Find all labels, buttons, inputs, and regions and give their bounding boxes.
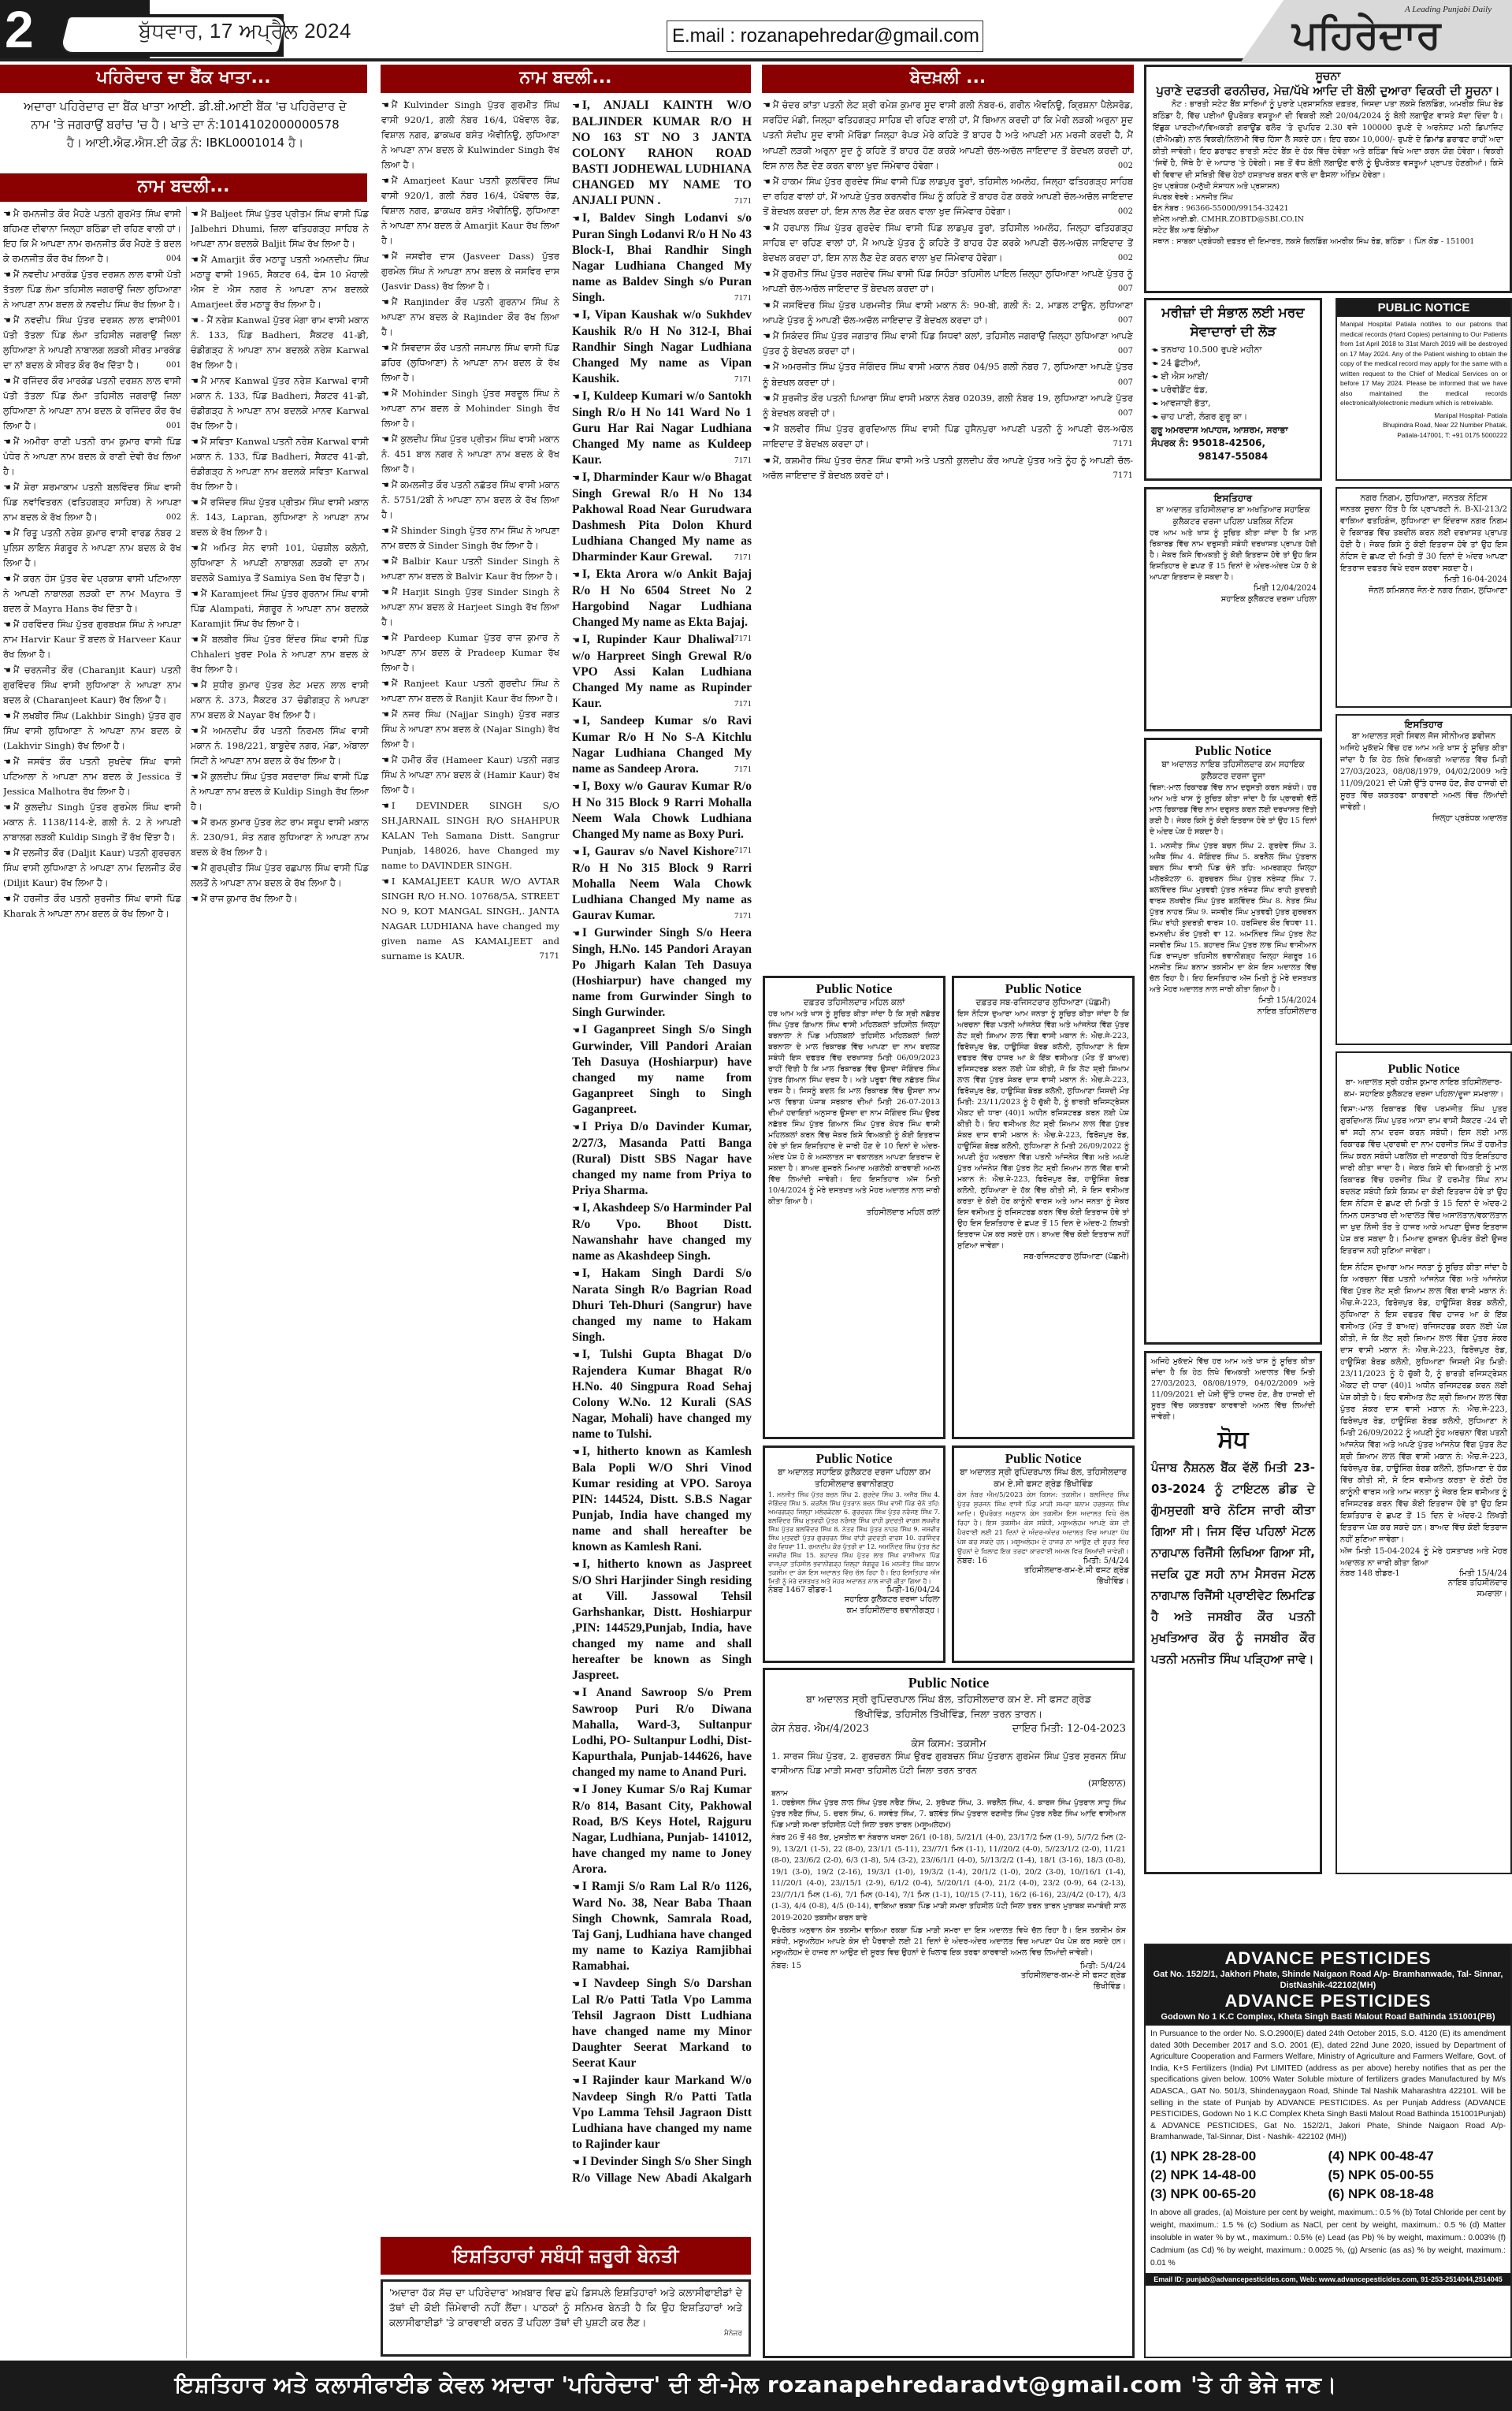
item-text: ਮੈਂ ਸਿਕੰਦਰ ਸਿੰਘ ਪੁੱਤਰ ਜਗਤਾਰ ਸਿੰਘ ਵਾਸੀ ਪਿ…	[763, 330, 1133, 356]
notice-body: ਕੇਸ ਨੰਬਰ ਐਮ/5/2023 ਕੇਸ ਕਿਸਮ: ਤਕਸੀਮ। ਬਲਜਿ…	[957, 1490, 1129, 1557]
name-change-item: ☚ਮੈਂ ਹਰਵਿੰਦਰ ਸਿੰਘ ਪੁੱਤਰ ਗੁਰਬਖਸ਼ ਸਿੰਘ ਨੇ …	[3, 617, 181, 662]
notice-body: ਹਰ ਆਮ ਅਤੇ ਖਾਸ ਨੂੰ ਸੂਚਿਤ ਕੀਤਾ ਜਾਂਦਾ ਹੈ ਕਿ…	[768, 1009, 940, 1207]
case-khasra: ਨੰਬਰ 26 ਤੋਂ 48 ਤੱਕ, ਮੁਸਤੀਲ ਵਾ ਨੰਬਰਾਨ ਖਸਰ…	[771, 1832, 1126, 1924]
pointing-hand-icon: ☚	[191, 817, 199, 828]
pointing-hand-icon: ☚	[572, 716, 580, 727]
ad-code: 004	[166, 251, 181, 266]
name-change-item: ☚ਮੈਂ Kulvinder Singh ਪੁੱਤਰ ਗੁਰਮੀਤ ਸਿੰਘ ਵ…	[381, 98, 559, 173]
pointing-hand-icon: ☚	[381, 434, 389, 445]
pointing-hand-icon: ☚	[763, 177, 771, 187]
notice-subtitle: ਬਾ ਅਦਾਲਤ ਸ੍ਰੀ ਰੁਪਿੰਦਰਪਾਲ ਸਿੰਘ ਬੱਲ, ਤਹਿਸੀ…	[957, 1467, 1129, 1490]
name-change-item: ☚ਮੈਂ ਜਸਵੰਤ ਕੌਰ ਪਤਨੀ ਸੁਖਦੇਵ ਸਿੰਘ ਵਾਸੀ ਪਟਿ…	[3, 754, 181, 799]
name-change-item-english: ☚I Gurwinder Singh S/o Heera Singh, H.No…	[572, 925, 752, 1021]
pointing-hand-icon: ☚	[191, 680, 199, 690]
name-change-item: ☚ਮੈਂ Harjit Singh ਪੁੱਤਰ Sinder Singh ਨੇ …	[381, 585, 559, 630]
notice-number: ਨੰਬਰ: 16	[957, 1557, 987, 1565]
case-closing: ਉਪਰੋਕਤ ਅਨੁਵਾਨ ਕੇਸ ਤਕਸੀਮ ਵਾਕਿਆ ਰਕਬਾ ਪਿੰਡ …	[771, 1925, 1126, 1959]
job-ad-bullets: ☚ ਤਨਖਾਹ 10.500 ਰੁਪਏ ਮਹੀਨਾ☚ 24 ਛੁੱਟੀਆਂ,☚ …	[1151, 343, 1315, 423]
disinheritance-item: ☚ਮੈਂ ਸੁਰਜੀਤ ਕੌਰ ਪਤਨੀ ਪਿਆਰਾ ਸਿੰਘ ਵਾਸੀ ਮਕਾ…	[763, 391, 1133, 421]
item-text: ਮੈਂ ਗੁਰਮੀਤ ਸਿੰਘ ਪੁੱਤਰ ਜਗਦੇਵ ਸਿੰਘ ਵਾਸੀ ਪਿ…	[763, 268, 1133, 294]
ad-code: 002	[1118, 251, 1133, 266]
name-change-item: ☚ਮੈਂ Mohinder Singh ਪੁੱਤਰ ਸਰਦੂਲ ਸਿੰਘ ਨੇ …	[381, 386, 559, 431]
job-ad-org: ਗੁਰੂ ਅਮਰਦਾਸ ਅਪਾਹਜ, ਆਸ਼ਰਮ, ਸਰਾਭਾ	[1151, 423, 1315, 437]
pointing-hand-icon: ☚	[572, 1688, 580, 1698]
disinheritance-item: ☚ਮੈਂ ਜਸਵਿੰਦਰ ਸਿੰਘ ਪੁੱਤਰ ਪਰਮਜੀਤ ਸਿੰਘ ਵਾਸੀ…	[763, 298, 1133, 328]
item-text: ਮੈਂ Ranjinder ਕੌਰ ਪਤਨੀ ਗੁਰਨਾਮ ਸਿੰਘ ਨੇ ਆਪ…	[381, 296, 559, 337]
pointing-hand-icon: ☚	[381, 633, 389, 643]
pointing-hand-icon: ☚	[191, 376, 199, 386]
name-change-item: ☚ਮੈ ਰਮਨਜੀਤ ਕੌਰ ਮੈਹਣੇ ਪਤਨੀ ਗੁਰਮੱਤ ਸਿੰਘ ਵਾ…	[3, 206, 181, 266]
correction-box: ਅਜਿਹੇ ਮੁਕੱਦਮੇ ਵਿੱਚ ਹਰ ਆਮ ਅਤੇ ਖਾਸ ਨੂੰ ਸੂਚ…	[1144, 1351, 1322, 1874]
notice-subtitle: ਬਾ- ਅਦਾਲਤ ਸ੍ਰੀ ਹਰੀਸ਼ ਕੁਮਾਰ ਨਾਇਬ ਤਹਿਸੀਲਦਾ…	[1340, 1077, 1507, 1100]
name-change-item-english: ☚I, Rupinder Kaur Dhaliwal w/o Harpreet …	[572, 632, 752, 712]
name-change-item: ☚ਮੈਂ Baljeet ਸਿੰਘ ਪੁੱਤਰ ਪ੍ਰੀਤਮ ਸਿੰਘ ਵਾਸੀ…	[191, 206, 369, 251]
notice-number: ਨੰਬਰ 148 ਰੀਡਰ-1	[1340, 1569, 1400, 1578]
notice-title: ਇਸਤਿਹਾਰ	[1150, 493, 1317, 504]
ad-code: 7171	[734, 549, 752, 565]
pointing-hand-icon: ☚	[3, 757, 11, 767]
notice-meta: ਨੰਬਰ 148 ਰੀਡਰ-1 ਮਿਤੀ 15/4/24	[1340, 1569, 1507, 1578]
notice-body: ਨੋਟ : ਭਾਰਤੀ ਸਟੇਟ ਬੈਂਕ ਸਾਰਿਆਂ ਨੂੰ ਪੁਰਾਣੇ …	[1153, 99, 1503, 181]
item-text: ਮੈਂ ਨਵਦੀਪ ਮਾਰਕੰਡ ਪੁੱਤਰ ਦਰਸ਼ਨ ਲਾਲ ਵਾਸੀ ਪੱ…	[3, 269, 181, 310]
pointing-hand-icon: ☚	[3, 574, 11, 584]
name-change-item-english: ☚I, hitherto known as Jaspreet S/O Shri …	[572, 1557, 752, 1684]
name-change-item-english: ☚I, Boxy w/o Gaurav Kumar R/o H No 315 B…	[572, 779, 752, 843]
pointing-hand-icon: ☚	[572, 1447, 580, 1457]
pointing-hand-icon: ☚	[381, 679, 389, 689]
job-benefit-item: ☚ ਤਨਖਾਹ 10.500 ਰੁਪਏ ਮਹੀਨਾ	[1151, 343, 1315, 356]
name-change-item: ☚ਮੈਂ ਕੁਲਦੀਪ ਸਿੰਘ ਪੁੱਤਰ ਸਰਦਾਰਾ ਸਿੰਘ ਵਾਸੀ …	[191, 769, 369, 814]
job-ad-box: ਮਰੀਜ਼ਾਂ ਦੀ ਸੰਭਾਲ ਲਈ ਮਰਦ ਸੇਵਾਦਾਰਾਂ ਦੀ ਲੋੜ…	[1144, 298, 1322, 481]
notice-issued: ਅੱਜ ਮਿਤੀ 15-04-2024 ਨੂੰ ਮੇਰੇ ਹਸਤਾਖਰ ਅਤੇ …	[1340, 1546, 1507, 1569]
public-notice-4: Public Notice ਬਾ ਅਦਾਲਤ ਸ੍ਰੀ ਰੁਪਿੰਦਰਪਾਲ ਸ…	[952, 1445, 1135, 1663]
name-change-item: ☚ਮੈਂ Pardeep Kumar ਪੁੱਤਰ ਰਾਜ ਕੁਮਾਰ ਨੇ ਆਪ…	[381, 631, 559, 675]
pointing-hand-icon: ☚	[381, 480, 389, 490]
item-text: I, Baldev Singh Lodanvi s/o Puran Singh …	[572, 211, 752, 304]
item-text: - ਮੈਂ ਨਰੇਸ਼ Kanwal ਪੁੱਤਰ ਮੰਗਾ ਰਾਮ ਵਾਸੀ ਮ…	[191, 314, 369, 370]
masthead: 2 ਬੁੱਧਵਾਰ, 17 ਅਪ੍ਰੈਲ 2024 E.mail : rozan…	[0, 0, 1512, 63]
notice-title: ਸੂਚਨਾ	[1153, 70, 1503, 83]
ad-footer-contact[interactable]: Email ID: punjab@advancepesticides.com, …	[1146, 2273, 1510, 2286]
name-change-item-english: ☚I Joney Kumar S/o Raj Kumar R/o 814, Ba…	[572, 1782, 752, 1877]
pointing-hand-icon: ☚	[572, 101, 580, 111]
name-change-item-english: ☚I, Ekta Arora w/o Ankit Bajaj R/o H No …	[572, 567, 752, 631]
pointing-hand-icon: ☚	[572, 214, 580, 224]
notice-body: ਵਿਸ਼ਾ:-ਮਾਲ ਰਿਕਾਰਡ ਵਿੱਚ ਪਰਮਜੀਤ ਸਿੰਘ ਪੁਤਰ …	[1340, 1103, 1507, 1257]
pointing-hand-icon: ☚	[572, 782, 580, 792]
name-change-item: ☚ਮੈਂ ਗੁਰਪ੍ਰੀਤ ਸਿੰਘ ਪੁੱਤਰ ਰਛਪਾਲ ਸਿੰਘ ਵਾਸੀ…	[191, 861, 369, 891]
notice-sign: ਤਹਿਸੀਲਦਾਰ ਮਹਿਲ ਕਲਾਂ	[768, 1207, 940, 1219]
pointing-hand-icon: ☚	[191, 726, 199, 736]
ad-code: 002	[166, 510, 181, 525]
name-change-item-english: ☚I, Dharminder Kaur w/o Bhagat Singh Gre…	[572, 470, 752, 565]
disinheritance-list: ☚ਮੈਂ ਚੰਦਰ ਕਾਂਤਾ ਪਤਨੀ ਲੇਟ ਸ਼੍ਰੀ ਰਮੇਸ਼ ਕੁਮ…	[763, 98, 1133, 971]
pointing-hand-icon: ☚	[572, 1882, 580, 1892]
item-text: ਮੈਂ ਹਾਕਮ ਸਿੰਘ ਪੁੱਤਰ ਗੁਰਦੇਵ ਸਿੰਘ ਵਾਸੀ ਪਿੰ…	[763, 176, 1133, 217]
pointing-hand-icon: ☚	[191, 255, 199, 265]
ad-code: 7171	[734, 843, 752, 858]
name-change-item-english: ☚I Priya D/o Davinder Kumar, 2/27/3, Mas…	[572, 1119, 752, 1199]
case-parties: 1. ਸਾਰਜ ਸਿੰਘ ਪੁੱਤਰ, 2. ਗੁਰਚਰਨ ਸਿੰਘ ਉਰਫ ਗ…	[771, 1749, 1126, 1777]
item-text: I DEVINDER SINGH S/O SH.JARNAIL SINGH R/…	[381, 800, 559, 871]
pointing-hand-icon: ☚	[572, 1025, 580, 1036]
item-text: ਮੈਂ ਰਿਤੂ ਪਤਨੀ ਨਰੇਸ਼ ਕੁਮਾਰ ਵਾਸੀ ਵਾਰਡ ਨੰਬਰ…	[3, 527, 181, 568]
name-change-item: ☚ਮੈਂ ਸ਼ੇਰਾ ਸ਼ਰਮਾਕਾਮ ਪਤਨੀ ਬਲਵਿੰਦਰ ਸਿੰਘ ਵਾ…	[3, 480, 181, 525]
item-text: ਮੈਂ ਨਵਦੀਪ ਸਿੰਘ ਪੁੱਤਰ ਦਰਸ਼ਨ ਲਾਲ ਵਾਸੀ ਪੱਤੀ…	[3, 314, 181, 370]
pointing-hand-icon: ☚	[3, 848, 11, 858]
name-change-item: ☚ਮੈਂ ਕਮਲਜੀਤ ਕੌਰ ਪਤਨੀ ਨਛੱਤਰ ਸਿੰਘ ਵਾਸੀ ਮਕਾ…	[381, 478, 559, 523]
pointing-hand-icon: ☚	[3, 802, 11, 813]
name-change-item: ☚ਮੈਂ ਅਮਿਤ ਸੇਨ ਵਾਸੀ 101, ਪੰਚਸ਼ੀਲ ਕਲੋਨੀ, ਲ…	[191, 541, 369, 586]
column-divider	[186, 206, 187, 2358]
item-text: ਮੈਂ ਕਰਨ ਹੰਸ ਪੁੱਤਰ ਵੇਦ ਪ੍ਰਕਾਸ਼ ਵਾਸੀ ਪਟਿਆਲ…	[3, 573, 181, 614]
case-number: ਕੇਸ ਨੰਬਰ. ਐਮ/4/2023	[771, 1721, 869, 1737]
job-ad-contact-2[interactable]: 98147-55084	[1151, 450, 1315, 463]
notice-sign: ਜੋਨਲ ਕਮਿਸ਼ਨਰ ਜੋਨ-ਏ ਨਗਰ ਨਿਗਮ, ਲੁਧਿਆਣਾ	[1340, 586, 1507, 597]
item-text: I Gaganpreet Singh S/o Singh Gurwinder, …	[572, 1023, 752, 1116]
notice-sign-1: ਸਹਾਇਕ ਕੁਲੈਕਟਰ ਦਰਜਾ ਪਹਿਲਾ	[768, 1594, 940, 1605]
notice-sign-1: ਨਾਇਬ ਤਹਿਸੀਲਦਾਰ	[1340, 1578, 1507, 1589]
job-benefit-item: ☚ ਚਾਹ ਪਾਣੀ, ਲੰਗਰ ਗੁਰੂ ਕਾ।	[1151, 410, 1315, 423]
notice-sign: ਜ਼ਿਲ੍ਹਾ ਪ੍ਰਬੰਧਕ ਅਦਾਲਤ	[1340, 813, 1507, 824]
item-text: ਮੈਂ ਹਮੀਰ ਕੌਰ (Hameer Kaur) ਪਤਨੀ ਜਗਤ ਸਿੰਘ…	[381, 754, 559, 795]
item-text: ਮੈਂ ਰਜਿੰਦਰ ਕੌਰ ਮਾਰਕੰਡ ਪਤਨੀ ਦਰਸ਼ਨ ਲਾਲ ਵਾਸ…	[3, 375, 181, 431]
name-change-item-english: ☚I, Kuldeep Kumari w/o Santokh Singh R/o…	[572, 389, 752, 468]
notice-court: ਬਾ ਅਦਾਲਤ ਸ੍ਰੀ ਰੁਪਿੰਦਰਪਾਲ ਸਿੰਘ ਬੱਲ, ਤਹਿਸੀ…	[771, 1691, 1126, 1706]
ad-request-heading: ਇਸ਼ਤਿਹਾਰਾਂ ਸਬੰਧੀ ਜ਼ਰੂਰੀ ਬੇਨਤੀ	[381, 2237, 751, 2275]
public-notice-2: Public Notice ਦਫ਼ਤਰ ਸਬ-ਰਜਿਸਟਰਾਰ ਲੁਧਿਆਣਾ …	[952, 976, 1135, 1439]
pointing-hand-icon: ☚	[381, 343, 389, 353]
item-text: ਮੈਂ Kulvinder Singh ਪੁੱਤਰ ਗੁਰਮੀਤ ਸਿੰਘ ਵਾ…	[381, 99, 559, 170]
name-change-item: ☚ਮੈਂ ਸੁਧੀਰ ਕੁਮਾਰ ਪੁੱਤਰ ਲੇਟ ਮਦਨ ਲਾਲ ਵਾਸੀ …	[191, 678, 369, 723]
item-text: ਮੈਂ Balbir Kaur ਪਤਨੀ Sinder Singh ਨੇ ਆਪਣ…	[381, 556, 559, 582]
ad-code: 002	[1118, 204, 1133, 219]
notice-sign: ਨਾਇਬ ਤਹਿਸੀਲਦਾਰ	[1150, 1006, 1317, 1018]
pointing-hand-icon: ☚	[381, 100, 389, 110]
bank-line-2: ਨਾਮ 'ਤੇ ਜਗਰਾਉਂ ਬਰਾਂਚ 'ਚ ਹੈ। ਖਾਤੇ ਦਾ ਨੰ:1…	[0, 116, 370, 134]
item-text: ਮੈਂ ਬਲਵੀਰ ਸਿੰਘ ਪੁੱਤਰ ਗੁਰਦਿਆਲ ਸਿੰਘ ਵਾਸੀ ਪ…	[763, 423, 1133, 449]
pointing-hand-icon: ☚	[3, 209, 11, 219]
name-change-item: ☚ਮੈਂ ਲਖਬੀਰ ਸਿੰਘ (Lakhbir Singh) ਪੁੱਤਰ ਗੁ…	[3, 709, 181, 753]
notice-sign-2: ਕਮ ਤਹਿਸੀਲਦਾਰ ਭਵਾਨੀਗੜ੍ਹ।	[768, 1605, 940, 1617]
pointing-hand-icon: ☚	[3, 619, 11, 630]
job-ad-title: ਮਰੀਜ਼ਾਂ ਦੀ ਸੰਭਾਲ ਲਈ ਮਰਦ ਸੇਵਾਦਾਰਾਂ ਦੀ ਲੋੜ	[1151, 303, 1315, 341]
item-text: ਮੈਂ ਲਖਬੀਰ ਸਿੰਘ (Lakhbir Singh) ਪੁੱਤਰ ਗੁਰ…	[3, 710, 181, 751]
name-change-item: ☚ਮੈਂ ਅਮਨਦੀਪ ਕੌਰ ਪਤਨੀ ਨਿਰਮਲ ਸਿੰਘ ਵਾਸੀ ਮਕਾ…	[191, 724, 369, 768]
name-change-item-english: ☚I, Sandeep Kumar s/o Ravi Kumar R/o H N…	[572, 713, 752, 777]
pointing-hand-icon: ☚	[763, 223, 771, 233]
pointing-hand-icon: ☚	[572, 473, 580, 483]
ad-code: 7171	[734, 696, 752, 712]
pointing-hand-icon: ☚	[191, 894, 199, 904]
pointing-hand-icon: ☚	[572, 1979, 580, 1989]
npk-grade: (6) NPK 08-18-48	[1328, 2185, 1506, 2204]
notice-title: ਨਗਰ ਨਿਗਮ, ਲੁਧਿਆਣਾ, ਜਨਤਕ ਨੋਟਿਸ	[1340, 492, 1507, 504]
notice-contact: ਮੁੱਖ ਪ੍ਰਬੰਧਕ (ਮਨੁੱਖੀ ਸੰਸਾਧਨ ਅਤੇ ਪ੍ਰਸ਼ਾਸਨ…	[1153, 181, 1503, 247]
item-text: ਮੈਂ ਹਰਵਿੰਦਰ ਸਿੰਘ ਪੁੱਤਰ ਗੁਰਬਖਸ਼ ਸਿੰਘ ਨੇ ਆ…	[3, 619, 181, 660]
ad-code: 007	[1118, 375, 1133, 390]
job-benefit-item: ☚ 24 ਛੁੱਟੀਆਂ,	[1151, 356, 1315, 370]
notice-body: ਇਸ ਨੋਟਿਸ ਦੁਆਰਾ ਆਮ ਜਨਤਾ ਨੂੰ ਸੂਚਿਤ ਕੀਤਾ ਜਾ…	[957, 1009, 1129, 1252]
name-change-item-english: ☚I, Vipan Kaushak w/o Sukhdev Kaushik R/…	[572, 307, 752, 387]
pointing-hand-icon: ☚	[763, 424, 771, 434]
notice-title: ਇਸਤਿਹਾਰ	[1340, 719, 1507, 731]
item-text: ਮੈਂ Pardeep Kumar ਪੁੱਤਰ ਰਾਜ ਕੁਮਾਰ ਨੇ ਆਪਣ…	[381, 632, 559, 673]
name-change-item: ☚ਮੈਂ ਰਮਨ ਕੁਮਾਰ ਪੁੱਤਰ ਲੇਟ ਰਾਮ ਸਰੂਪ ਵਾਸੀ ਮ…	[191, 815, 369, 860]
pointing-hand-icon: ☚	[381, 297, 389, 307]
name-change-item: ☚I KAMALJEET KAUR W/O AVTAR SINGH R/O H.…	[381, 874, 559, 964]
pointing-hand-icon: ☚	[191, 589, 199, 599]
name-change-item-english: ☚I, Baldev Singh Lodanvi s/o Puran Singh…	[572, 210, 752, 306]
name-change-item: ☚ਮੈਂ Amarjeet Kaur ਪਤਨੀ ਕੁਲਵਿੰਦਰ ਸਿੰਘ ਵਾ…	[381, 173, 559, 248]
ad-code: 007	[1118, 344, 1133, 359]
name-change-heading-left: ਨਾਮ ਬਦਲੀ...	[0, 173, 367, 202]
item-text: I Gurwinder Singh S/o Heera Singh, H.No.…	[572, 926, 752, 1019]
name-change-item-english: ☚I, ANJALI KAINTH W/O BALJINDER KUMAR R/…	[572, 98, 752, 209]
pointing-hand-icon: ☚	[572, 570, 580, 580]
item-text: ਮੈਂ ਕੁਲਦੀਪ ਸਿੰਘ ਪੁੱਤਰ ਪ੍ਰੀਤਮ ਸਿੰਘ ਵਾਸੀ ਮ…	[381, 433, 559, 474]
pointing-hand-icon: ☚	[763, 100, 771, 110]
signature-line: Bhupindra Road, Near 22 Number Phatak,	[1340, 420, 1507, 430]
name-change-item-english: ☚I, Hakam Singh Dardi S/o Narata Singh R…	[572, 1266, 752, 1345]
name-change-item: ☚ਮੈਂ ਜਸਵੀਰ ਦਾਸ (Jasveer Dass) ਪੁੱਤਰ ਗੁਰਮ…	[381, 249, 559, 294]
npk-grade: (3) NPK 00-65-20	[1150, 2185, 1328, 2204]
pointing-hand-icon: ☚	[3, 437, 11, 447]
item-text: I, hitherto known as Kamlesh Bala Popli …	[572, 1445, 752, 1553]
case-applicant: (ਸਾਇਲਾਨ)	[771, 1777, 1126, 1789]
pointing-hand-icon: ☚	[381, 755, 389, 765]
item-text: ਮੈਂ Amarjeet Kaur ਪਤਨੀ ਕੁਲਵਿੰਦਰ ਸਿੰਘ ਵਾਸ…	[381, 175, 559, 246]
notice-subtitle: ਬਾ ਅਦਾਲਤ ਨਾਇਬ ਤਹਿਸੀਲਦਾਰ ਕਮ ਸਹਾਇਕ ਕੁਲੈਕਟਰ…	[1150, 759, 1317, 783]
masthead-email[interactable]: E.mail : rozanapehredar@gmail.com	[667, 20, 983, 52]
item-text: ਮੈਂ ਕੁਲਦੀਪ Singh ਪੁੱਤਰ ਗੁਰਮੇਲ ਸਿੰਘ ਵਾਸੀ …	[3, 802, 181, 843]
correction-title: ਸੋਧ	[1151, 1423, 1315, 1457]
bank-account-info: ਅਦਾਰਾ ਪਹਿਰੇਦਾਰ ਦਾ ਬੈਂਕ ਖਾਤਾ ਆਈ. ਡੀ.ਬੀ.ਆਈ…	[0, 98, 370, 152]
pointing-hand-icon: ☚	[381, 876, 389, 887]
item-text: ਮੈਂ ਚਰਨਜੀਤ ਕੌਰ (Charanjit Kaur) ਪਤਨੀ ਗੁਰ…	[3, 664, 181, 705]
notice-heading: PUBLIC NOTICE	[1337, 300, 1510, 317]
name-change-item: ☚ਮੈਂ ਅਮੀਰਾ ਰਾਣੀ ਪਤਨੀ ਰਾਮ ਕੁਮਾਰ ਵਾਸੀ ਪਿੰਡ…	[3, 434, 181, 479]
notice-date: ਮਿਤੀ: 5/4/24	[1080, 1962, 1126, 1970]
bank-line-3: ਹੈ। ਆਈ.ਐਫ.ਐਸ.ਈ ਕੋਡ ਨੰ: IBKL0001014 ਹੈ।	[0, 134, 370, 152]
name-change-item: ☚ਮੈਂ ਕਰਨ ਹੰਸ ਪੁੱਤਰ ਵੇਦ ਪ੍ਰਕਾਸ਼ ਵਾਸੀ ਪਟਿਆ…	[3, 571, 181, 616]
name-change-item: ☚ਮੈਂ ਨਵਦੀਪ ਸਿੰਘ ਪੁੱਤਰ ਦਰਸ਼ਨ ਲਾਲ ਵਾਸੀ ਪੱਤ…	[3, 313, 181, 373]
item-text: ਮੈਂ ਬਲਬੀਰ ਸਿੰਘ ਪੁੱਤਰ ਇੰਦਰ ਸਿੰਘ ਵਾਸੀ ਪਿੰਡ…	[191, 634, 369, 675]
name-change-item: ☚ਮੈਂ ਦਲਜੀਤ ਕੌਰ (Daljit Kaur) ਪਤਨੀ ਗੁਰਚਰਨ…	[3, 846, 181, 891]
correction-prelude: ਅਜਿਹੇ ਮੁਕੱਦਮੇ ਵਿੱਚ ਹਰ ਆਮ ਅਤੇ ਖਾਸ ਨੂੰ ਸੂਚ…	[1151, 1356, 1315, 1423]
notice-subtitle: ਬਾ ਅਦਾਲਤ ਤਹਿਸੀਲਦਾਰ ਬਾ ਅਖਤਿਆਰ ਸਹਾਇਕ ਕੁਲੈਕ…	[1150, 504, 1317, 528]
item-text: I, Gaurav s/o Navel Kishore R/o H No 315…	[572, 845, 752, 922]
pointing-hand-icon: ☚	[191, 543, 199, 553]
ad-request-sign: ਮੈਨੇਜਰ	[389, 2330, 742, 2338]
npk-grade: (4) NPK 00-48-47	[1328, 2147, 1506, 2166]
contact-line: ਸਟੇਟ ਬੈਂਕ ਆਫ ਇੰਡੀਆ	[1153, 225, 1503, 236]
masthead-rule	[0, 58, 1292, 61]
notice-date: ਮਿਤੀ 16-04-2024	[1340, 575, 1507, 586]
name-change-item: ☚ਮੈਂ ਹਮੀਰ ਕੌਰ (Hameer Kaur) ਪਤਨੀ ਜਗਤ ਸਿੰ…	[381, 753, 559, 798]
notice-title: Public Notice	[771, 1675, 1126, 1691]
notice-title: Public Notice	[957, 981, 1129, 997]
item-text: ਮੈਂ Harjit Singh ਪੁੱਤਰ Sinder Singh ਨੇ ਆ…	[381, 586, 559, 627]
notice-body-continued: 1. ਮਨਜੀਤ ਸਿੰਘ ਪੁੱਤਰ ਬਚਨ ਸਿੰਘ 2. ਗੁਰਦੇਵ ਸ…	[1150, 841, 1317, 995]
name-change-item-english: ☚I, Tulshi Gupta Bhagat D/o Rajendera Ku…	[572, 1347, 752, 1442]
ad-code: 7171	[734, 290, 752, 306]
name-change-item: ☚ਮੈਂ ਨਵਦੀਪ ਮਾਰਕੰਡ ਪੁੱਤਰ ਦਰਸ਼ਨ ਲਾਲ ਵਾਸੀ ਪ…	[3, 267, 181, 312]
item-text: I, Dharminder Kaur w/o Bhagat Singh Grew…	[572, 471, 752, 564]
name-change-item-english: ☚I Navdeep Singh S/o Darshan Lal R/o Pat…	[572, 1976, 752, 2071]
notice-title: Public Notice	[957, 1451, 1129, 1467]
item-text: ਮੈਂ ਸ਼ੇਰਾ ਸ਼ਰਮਾਕਾਮ ਪਤਨੀ ਬਲਵਿੰਦਰ ਸਿੰਘ ਵਾਸ…	[3, 482, 181, 523]
item-text: ਮੈਂ ਅਮੀਰਾ ਰਾਣੀ ਪਤਨੀ ਰਾਮ ਕੁਮਾਰ ਵਾਸੀ ਪਿੰਡ …	[3, 436, 181, 477]
notice-date: ਮਿਤੀ: 5/4/24	[1083, 1557, 1129, 1565]
name-change-item: ☚ਮੈਂ Balbir Kaur ਪਤਨੀ Sinder Singh ਨੇ ਆਪ…	[381, 554, 559, 584]
notice-subtitle: ਪੁਰਾਣੇ ਦਫਤਰੀ ਫਰਨੀਚਰ, ਮੇਜ਼/ਪੱਖੇ ਆਦਿ ਦੀ ਬੋ…	[1153, 83, 1503, 99]
name-change-item-english: ☚I Rajinder kaur Markand W/o Navdeep Sin…	[572, 2073, 752, 2152]
filed-date: ਦਾਇਰ ਮਿਤੀ: 12-04-2023	[1012, 1721, 1126, 1737]
item-text: ਮੈਂ ਜਸਵਿੰਦਰ ਸਿੰਘ ਪੁੱਤਰ ਪਰਮਜੀਤ ਸਿੰਘ ਵਾਸੀ …	[763, 300, 1133, 326]
item-text: I, ANJALI KAINTH W/O BALJINDER KUMAR R/O…	[572, 99, 752, 207]
item-text: ਮੈਂ ਮਾਨਵ Kanwal ਪੁੱਤਰ ਨਰੇਸ਼ Karwal ਵਾਸੀ …	[191, 375, 369, 431]
item-text: ਮੈਂ ਰਾਜ ਕੁਮਾਰ ਰੱਖ ਲਿਆ ਹੈ।	[201, 893, 298, 904]
case-versus: ਬਨਾਮ	[771, 1789, 1126, 1798]
name-change-item: ☚ਮੈਂ ਮਾਨਵ Kanwal ਪੁੱਤਰ ਨਰੇਸ਼ Karwal ਵਾਸੀ…	[191, 374, 369, 433]
pointing-hand-icon: ☚	[3, 894, 11, 904]
ad-code: 7171	[734, 371, 752, 387]
ad-code: 7171	[734, 193, 752, 209]
notice-subtitle: ਦਫ਼ਤਰ ਤਹਿਸੀਲਦਾਰ ਮਹਿਲ ਕਲਾਂ	[768, 997, 940, 1009]
item-text: I, Boxy w/o Gaurav Kumar R/o H No 315 Bl…	[572, 779, 752, 841]
ad-code: 001	[166, 312, 181, 327]
notice-body: ਵਿਸ਼ਾ:-ਮਾਲ ਰਿਕਾਰਡ ਵਿੱਚ ਨਾਮ ਦਰੁਸਤੀ ਕਰਨ ਸਬ…	[1150, 783, 1317, 838]
ad-specs: In above all grades, (a) Moisture per ce…	[1146, 2204, 1510, 2273]
item-text: ਮੈਂ, ਕਸ਼ਮੀਰ ਸਿੰਘ ਪੁੱਤਰ ਚੰਨਣ ਸਿੰਘ ਵਾਸੀ ਅਤ…	[763, 455, 1133, 481]
name-change-heading-middle: ਨਾਮ ਬਦਲੀ...	[381, 65, 751, 93]
name-change-item: ☚- ਮੈਂ ਨਰੇਸ਼ Kanwal ਪੁੱਤਰ ਮੰਗਾ ਰਾਮ ਵਾਸੀ …	[191, 313, 369, 373]
notice-sign: ਸਹਾਇਕ ਕੁਲੈਕਟਰ ਦਰਜਾ ਪਹਿਲਾ	[1150, 594, 1317, 605]
ad-code: 007	[1118, 281, 1133, 296]
notice-title: Public Notice	[1150, 743, 1317, 759]
ishtihar-court: ਇਸਤਿਹਾਰ ਬਾ ਅਦਾਲਤ ਸ੍ਰੀ ਸਿਵਲ ਜੱਜ ਸੀਨੀਅਰ ਡਵ…	[1336, 714, 1512, 1045]
pointing-hand-icon: ☚	[572, 311, 580, 321]
pointing-hand-icon: ☚	[191, 437, 199, 447]
pointing-hand-icon: ☚	[763, 331, 771, 341]
item-text: I Navdeep Singh S/o Darshan Lal R/o Patt…	[572, 1977, 752, 2070]
ad-code: 7171	[734, 452, 752, 468]
pointing-hand-icon: ☚	[381, 709, 389, 720]
notice-body: ਹਰ ਆਮ ਅਤੇ ਖਾਸ ਨੂੰ ਸੂਚਿਤ ਕੀਤਾ ਜਾਂਦਾ ਹੈ ਕਿ…	[1150, 528, 1317, 583]
pointing-hand-icon: ☚	[3, 482, 11, 493]
ad-code: 7171	[1113, 468, 1133, 483]
case-type: ਕੇਸ ਕਿਸਮ: ਤਕਸੀਮ	[771, 1737, 1126, 1749]
notice-case-row: ਕੇਸ ਨੰਬਰ. ਐਮ/4/2023 ਦਾਇਰ ਮਿਤੀ: 12-04-202…	[771, 1721, 1126, 1737]
nagar-nigam-notice: ਨਗਰ ਨਿਗਮ, ਲੁਧਿਆਣਾ, ਜਨਤਕ ਨੋਟਿਸ ਜਨਤਕ ਸੂਚਨਾ…	[1336, 487, 1512, 708]
notice-sign: ਸਬ-ਰਜਿਸਟਰਾਰ ਲੁਧਿਆਣਾ (ਪੱਛਮੀ)	[957, 1252, 1129, 1263]
company-name: ADVANCE PESTICIDES	[1149, 1948, 1507, 1969]
contact-email[interactable]: ਈਮੇਲ ਆਈ.ਡੀ. CMHR.ZOBTD@SBI.CO.IN	[1153, 214, 1503, 225]
notice-sign-1: ਤਹਿਸੀਲਦਾਰ-ਕਮ-ਏ.ਸੀ ਫਸਟ ਗ੍ਰੇਡ	[957, 1565, 1129, 1576]
notice-meta: ਨੰਬਰ: 15 ਮਿਤੀ: 5/4/24	[771, 1962, 1126, 1970]
notice-subtitle: ਬਾ ਅਦਾਲਤ ਸ੍ਰੀ ਸਿਵਲ ਜੱਜ ਸੀਨੀਅਰ ਡਵੀਜਨ	[1340, 731, 1507, 742]
name-change-item: ☚ਮੈਂ ਕੁਲਦੀਪ Singh ਪੁੱਤਰ ਗੁਰਮੇਲ ਸਿੰਘ ਵਾਸੀ…	[3, 800, 181, 845]
pointing-hand-icon: ☚	[3, 315, 11, 326]
ad-code: 001	[166, 358, 181, 373]
item-text: I Anand Sawroop S/o Prem Sawroop Puri R/…	[572, 1686, 752, 1779]
name-change-column-2: ☚ਮੈਂ Baljeet ਸਿੰਘ ਪੁੱਤਰ ਪ੍ਰੀਤਮ ਸਿੰਘ ਵਾਸੀ…	[191, 206, 369, 2358]
name-change-item-english: ☚I, Gaurav s/o Navel Kishore R/o H No 31…	[572, 844, 752, 924]
correction-body: ਪੰਜਾਬ ਨੈਸ਼ਨਲ ਬੈਂਕ ਵੱਲੋਂ ਮਿਤੀ 23-03-2024 …	[1151, 1457, 1315, 1670]
disinheritance-item: ☚ਮੈਂ, ਕਸ਼ਮੀਰ ਸਿੰਘ ਪੁੱਤਰ ਚੰਨਣ ਸਿੰਘ ਵਾਸੀ ਅ…	[763, 453, 1133, 483]
bank-line-1: ਅਦਾਰਾ ਪਹਿਰੇਦਾਰ ਦਾ ਬੈਂਕ ਖਾਤਾ ਆਈ. ਡੀ.ਬੀ.ਆਈ…	[0, 98, 370, 116]
item-text: ਮੈਂ ਰਜਿੰਦਰ ਸਿੰਘ ਪੁੱਤਰ ਪ੍ਰੀਤਮ ਸਿੰਘ ਵਾਸੀ ਮ…	[191, 497, 369, 538]
item-text: I, Hakam Singh Dardi S/o Narata Singh R/…	[572, 1267, 752, 1344]
job-ad-contact[interactable]: ਸੰਪਰਕ ਨੰ: 95018-42506,	[1151, 437, 1315, 450]
item-text: ਮੈਂ ਰਮਨ ਕੁਮਾਰ ਪੁੱਤਰ ਲੇਟ ਰਾਮ ਸਰੂਪ ਵਾਸੀ ਮਕ…	[191, 817, 369, 858]
notice-title: Public Notice	[768, 981, 940, 997]
ad-code: 7171	[1113, 437, 1133, 452]
item-text: ਮੈਂ Mohinder Singh ਪੁੱਤਰ ਸਰਦੂਲ ਸਿੰਘ ਨੇ ਆ…	[381, 388, 559, 429]
pointing-hand-icon: ☚	[381, 389, 389, 399]
notice-body: Manipal Hospital Patiala notifies to our…	[1337, 317, 1510, 411]
pointing-hand-icon: ☚	[3, 270, 11, 280]
item-text: I, Kuldeep Kumari w/o Santokh Singh R/o …	[572, 389, 752, 467]
pointing-hand-icon: ☚	[572, 1204, 580, 1214]
name-change-item-english: ☚I Ramji S/o Ram Lal R/o 1126, Ward No. …	[572, 1879, 752, 1974]
pointing-hand-icon: ☚	[763, 362, 771, 372]
pointing-hand-icon: ☚	[572, 847, 580, 858]
pointing-hand-icon: ☚	[572, 1122, 580, 1133]
name-change-item: ☚ਮੈਂ ਰਿਤੂ ਪਤਨੀ ਨਰੇਸ਼ ਕੁਮਾਰ ਵਾਸੀ ਵਾਰਡ ਨੰਬ…	[3, 526, 181, 571]
name-change-item: ☚ਮੈਂ ਰਾਜ ਕੁਮਾਰ ਰੱਖ ਲਿਆ ਹੈ।	[191, 891, 369, 906]
notice-title: Public Notice	[768, 1451, 940, 1467]
page-number: 2	[5, 2, 34, 57]
pointing-hand-icon: ☚	[572, 928, 580, 939]
notice-body: ਜਨਤਕ ਸੂਚਨਾ ਹਿੱਤ ਹੈ ਕਿ ਪ੍ਰਾਪਰਟੀ ਨੰ. B-XI-…	[1340, 504, 1507, 575]
name-change-item-english: ☚I, Akashdeep S/o Harminder Pal R/o Vpo.…	[572, 1200, 752, 1264]
ad-code: 7171	[540, 949, 559, 964]
notice-sign-2: ਭਿੱਖੀਵਿੰਡ।	[957, 1576, 1129, 1587]
company-address-2: Godown No 1 K.C Complex, Kheta Singh Bas…	[1149, 2011, 1507, 2022]
pointing-hand-icon: ☚	[572, 1269, 580, 1279]
item-text: ਮੈਂ Amarjit ਕੌਰ ਮਠਾੜੂ ਪਤਨੀ ਅਮਨਦੀਪ ਸਿੰਘ ਮ…	[191, 254, 369, 310]
item-text: ਮੈਂ ਕਮਲਜੀਤ ਕੌਰ ਪਤਨੀ ਨਛੱਤਰ ਸਿੰਘ ਵਾਸੀ ਮਕਾਨ…	[381, 479, 559, 520]
bank-account-heading: ਪਹਿਰੇਦਾਰ ਦਾ ਬੈਂਕ ਖਾਤਾ...	[0, 65, 367, 93]
pointing-hand-icon: ☚	[763, 393, 771, 404]
notice-meta: ਨੰਬਰ: 16 ਮਿਤੀ: 5/4/24	[957, 1557, 1129, 1565]
public-notice-1: Public Notice ਦਫ਼ਤਰ ਤਹਿਸੀਲਦਾਰ ਮਹਿਲ ਕਲਾਂ …	[763, 976, 945, 1439]
item-text: I, Ekta Arora w/o Ankit Bajaj R/o H No 6…	[572, 567, 752, 629]
notice-date: ਮਿਤੀ-16/04/24	[886, 1586, 940, 1594]
item-text: ਮੈਂ ਜਸਵੀਰ ਦਾਸ (Jasveer Dass) ਪੁੱਤਰ ਗੁਰਮੇ…	[381, 251, 559, 292]
notice-signature: Manipal Hospital- Patiala Bhupindra Road…	[1337, 411, 1510, 441]
disinheritance-item: ☚ਮੈਂ ਗੁਰਮੀਤ ਸਿੰਘ ਪੁੱਤਰ ਜਗਦੇਵ ਸਿੰਘ ਵਾਸੀ ਪ…	[763, 266, 1133, 296]
pointing-hand-icon: ☚	[763, 300, 771, 311]
footer-banner: ਇਸ਼ਤਿਹਾਰ ਅਤੇ ਕਲਾਸੀਫਾਈਡ ਕੇਵਲ ਅਦਾਰਾ 'ਪਹਿਰੇ…	[0, 2361, 1512, 2411]
newspaper-logo: ਪਹਿਰੇਦਾਰ	[1292, 13, 1440, 57]
contact-phone[interactable]: ਫੋਨ ਨੰਬਰ : 96366-55000/99154-32421	[1153, 203, 1503, 214]
npk-grade: (1) NPK 28-28-00	[1150, 2147, 1328, 2166]
pointing-hand-icon: ☚	[191, 863, 199, 873]
item-text: I KAMALJEET KAUR W/O AVTAR SINGH R/O H.N…	[381, 876, 559, 962]
pointing-hand-icon: ☚	[191, 315, 199, 326]
item-text: ਮੈਂ ਹਰਪਾਲ ਸਿੰਘ ਪੁੱਤਰ ਗੁਰਦੇਵ ਸਿੰਘ ਵਾਸੀ ਪਿ…	[763, 222, 1133, 263]
advance-pesticides-ad: ADVANCE PESTICIDES Gat No. 152/2/1, Jakh…	[1144, 1944, 1512, 2358]
item-text: I, Rupinder Kaur Dhaliwal w/o Harpreet S…	[572, 633, 752, 710]
ad-code: 7171	[734, 631, 752, 646]
contact-line: ਮੁੱਖ ਪ੍ਰਬੰਧਕ (ਮਨੁੱਖੀ ਸੰਸਾਧਨ ਅਤੇ ਪ੍ਰਸ਼ਾਸਨ…	[1153, 181, 1503, 192]
name-change-column-3: ☚ਮੈਂ Kulvinder Singh ਪੁੱਤਰ ਗੁਰਮੀਤ ਸਿੰਘ ਵ…	[381, 98, 559, 2186]
manipal-public-notice: PUBLIC NOTICE Manipal Hospital Patiala n…	[1336, 298, 1512, 481]
name-change-item: ☚ਮੈਂ ਕੁਲਦੀਪ ਸਿੰਘ ਪੁੱਤਰ ਪ੍ਰੀਤਮ ਸਿੰਘ ਵਾਸੀ …	[381, 432, 559, 477]
